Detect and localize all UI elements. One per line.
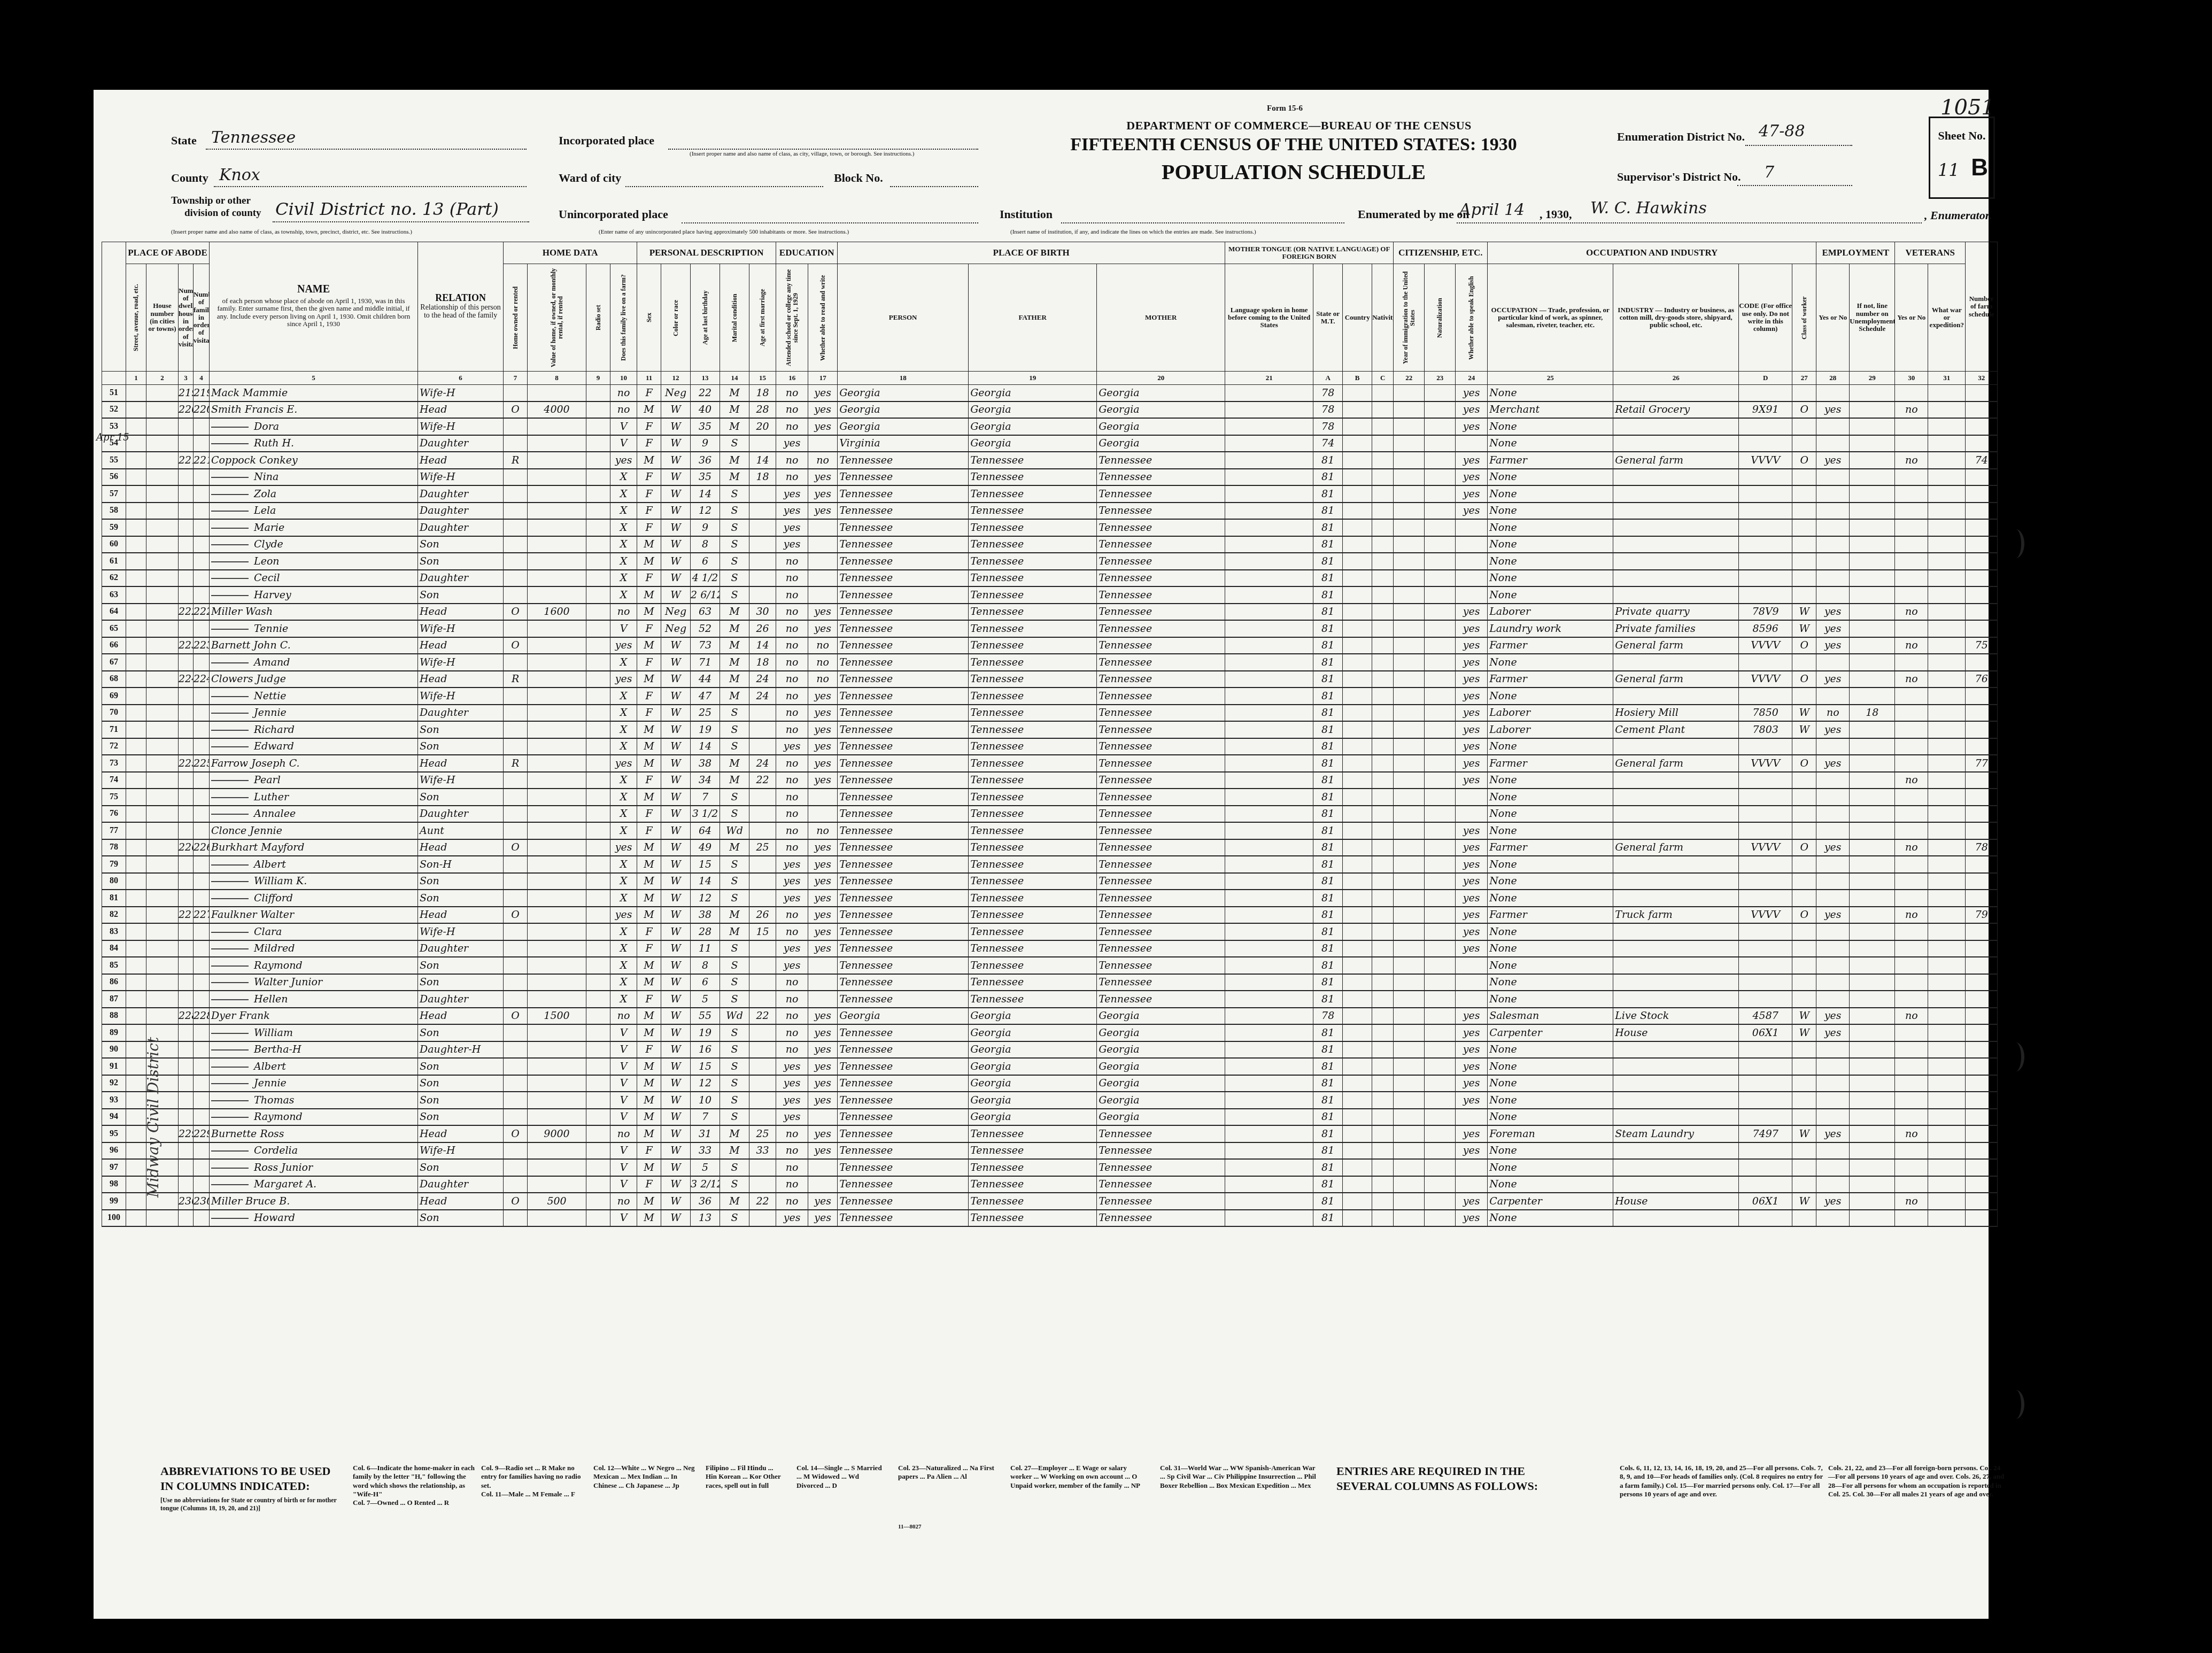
language-cell	[1225, 873, 1313, 890]
age-first-marriage-cell	[749, 856, 776, 873]
school-cell: yes	[776, 940, 808, 957]
birthplace-father-cell: Tennessee	[969, 570, 1097, 587]
veteran-cell	[1895, 385, 1928, 401]
radio-cell	[586, 806, 610, 823]
school-cell: yes	[776, 890, 808, 907]
read-write-cell: yes	[808, 385, 838, 401]
name-cell: Margaret A.	[210, 1176, 418, 1193]
column-number: 8	[528, 372, 586, 385]
sex-cell: F	[637, 1176, 661, 1193]
marital-cell: S	[720, 873, 749, 890]
margin-side-note: Apr 15	[96, 432, 129, 443]
farm-cell: X	[610, 705, 637, 722]
group-citizenship: CITIZENSHIP, ETC.	[1394, 242, 1488, 264]
read-write-cell	[808, 991, 838, 1008]
owned-rented-cell	[504, 822, 528, 839]
table-row: 77Clonce JennieAuntXFW64WdnonoTennesseeT…	[102, 822, 1998, 839]
race-cell: W	[661, 923, 691, 940]
code-state-cell: 81	[1313, 907, 1343, 924]
abbreviations-title: ABBREVIATIONS TO BE USED IN COLUMNS INDI…	[160, 1464, 342, 1493]
col-at-work-head: Yes or No	[1816, 264, 1850, 372]
radio-cell	[586, 604, 610, 621]
relation-cell: Son	[418, 1024, 504, 1041]
war-cell	[1928, 1058, 1966, 1075]
birthplace-person-cell: Tennessee	[838, 620, 969, 637]
code-nativity-cell	[1372, 705, 1394, 722]
table-row: 60ClydeSonXMW8SyesTennesseeTennesseeTenn…	[102, 536, 1998, 553]
occupation-code-cell	[1739, 890, 1792, 907]
birthplace-person-cell: Tennessee	[838, 536, 969, 553]
age-first-marriage-cell	[749, 873, 776, 890]
occupation-cell: None	[1488, 418, 1613, 435]
marital-cell: S	[720, 806, 749, 823]
code-state-cell: 81	[1313, 923, 1343, 940]
code-country-cell	[1343, 1142, 1372, 1160]
name-cell: Smith Francis E.	[210, 401, 418, 419]
name-cell: Marie	[210, 519, 418, 536]
birthplace-mother-cell: Georgia	[1097, 1075, 1225, 1092]
birthplace-person-cell: Tennessee	[838, 452, 969, 469]
war-cell	[1928, 401, 1966, 419]
farm-cell: X	[610, 570, 637, 587]
naturalization-cell	[1425, 789, 1456, 806]
age-first-marriage-cell	[749, 553, 776, 570]
home-value-cell	[528, 890, 586, 907]
at-work-cell	[1816, 890, 1850, 907]
house-number-cell	[146, 688, 179, 705]
family-number-cell	[194, 991, 210, 1008]
language-cell	[1225, 385, 1313, 401]
birthplace-person-cell: Tennessee	[838, 654, 969, 671]
given-name: Ruth H.	[254, 437, 294, 449]
class-worker-cell	[1792, 435, 1816, 452]
naturalization-cell	[1425, 806, 1456, 823]
farm-cell: V	[610, 1024, 637, 1041]
code-nativity-cell	[1372, 1193, 1394, 1210]
birthplace-father-cell: Tennessee	[969, 1193, 1097, 1210]
given-name: Francis E.	[245, 404, 297, 415]
code-state-cell: 81	[1313, 957, 1343, 974]
unemployment-line-cell	[1850, 772, 1895, 789]
family-number-cell: 220	[194, 401, 210, 419]
at-work-cell	[1816, 806, 1850, 823]
age-first-marriage-cell: 28	[749, 401, 776, 419]
code-state-cell: 81	[1313, 1024, 1343, 1041]
naturalization-cell	[1425, 1075, 1456, 1092]
speak-english-cell	[1456, 1109, 1488, 1126]
code-nativity-cell	[1372, 435, 1394, 452]
occupation-cell: None	[1488, 738, 1613, 755]
marital-cell: S	[720, 1024, 749, 1041]
unemployment-line-cell	[1850, 503, 1895, 520]
at-work-cell	[1816, 1058, 1850, 1075]
column-number: 28	[1816, 372, 1850, 385]
name-cell: Raymond	[210, 957, 418, 974]
birthplace-father-cell: Tennessee	[969, 957, 1097, 974]
ditto-dash	[211, 1218, 249, 1219]
radio-cell	[586, 923, 610, 940]
farm-cell: yes	[610, 671, 637, 688]
farm-cell: yes	[610, 839, 637, 856]
code-country-cell	[1343, 856, 1372, 873]
read-write-cell: yes	[808, 688, 838, 705]
class-worker-cell: W	[1792, 705, 1816, 722]
birthplace-person-cell: Tennessee	[838, 856, 969, 873]
birthplace-mother-cell: Tennessee	[1097, 604, 1225, 621]
naturalization-cell	[1425, 1058, 1456, 1075]
veteran-cell: no	[1895, 1193, 1928, 1210]
farm-schedule-cell	[1966, 1159, 1998, 1176]
code-state-cell: 81	[1313, 755, 1343, 772]
age-cell: 55	[691, 1008, 720, 1025]
column-number: B	[1343, 372, 1372, 385]
industry-cell	[1613, 923, 1739, 940]
family-number-cell	[194, 789, 210, 806]
class-worker-cell	[1792, 586, 1816, 604]
family-number-cell: 230	[194, 1193, 210, 1210]
race-cell: W	[661, 469, 691, 486]
farm-cell: no	[610, 401, 637, 419]
house-number-cell	[146, 435, 179, 452]
unemployment-line-cell	[1850, 620, 1895, 637]
birthplace-father-cell: Georgia	[969, 418, 1097, 435]
occupation-code-cell	[1739, 536, 1792, 553]
veteran-cell	[1895, 519, 1928, 536]
ditto-dash	[211, 1100, 249, 1101]
read-write-cell: yes	[808, 1075, 838, 1092]
line-number: 74	[102, 772, 126, 789]
relation-cell: Daughter	[418, 519, 504, 536]
sheet-number-label: Sheet No.	[1930, 129, 1993, 143]
age-first-marriage-cell: 18	[749, 385, 776, 401]
race-cell: W	[661, 907, 691, 924]
occupation-code-cell	[1739, 418, 1792, 435]
veteran-cell: no	[1895, 637, 1928, 654]
code-nativity-cell	[1372, 856, 1394, 873]
unemployment-line-cell	[1850, 637, 1895, 654]
marital-cell: S	[720, 485, 749, 503]
read-write-cell	[808, 553, 838, 570]
given-name: Cecil	[254, 572, 280, 584]
marital-cell: M	[720, 401, 749, 419]
unemployment-line-cell	[1850, 991, 1895, 1008]
population-schedule-table: PLACE OF ABODE NAMEof each person whose …	[102, 242, 1998, 1227]
ditto-dash	[211, 881, 249, 882]
farm-cell: yes	[610, 755, 637, 772]
ward-field	[625, 172, 823, 187]
veteran-cell	[1895, 553, 1928, 570]
table-row: 70JennieDaughterXFW25SnoyesTennesseeTenn…	[102, 705, 1998, 722]
code-nativity-cell	[1372, 1176, 1394, 1193]
sex-cell: M	[637, 957, 661, 974]
language-cell	[1225, 452, 1313, 469]
home-value-cell	[528, 705, 586, 722]
dwelling-number-cell	[179, 1092, 194, 1109]
dwelling-number-cell	[179, 822, 194, 839]
given-name: Joseph C.	[251, 758, 299, 769]
code-state-cell: 81	[1313, 536, 1343, 553]
unemployment-line-cell	[1850, 435, 1895, 452]
code-state-cell: 81	[1313, 654, 1343, 671]
industry-cell	[1613, 873, 1739, 890]
farm-cell: X	[610, 519, 637, 536]
table-row: 89WilliamSonVMW19SnoyesTennesseeGeorgiaG…	[102, 1024, 1998, 1041]
dwelling-number-cell	[179, 469, 194, 486]
war-cell	[1928, 688, 1966, 705]
at-work-cell	[1816, 856, 1850, 873]
race-cell: W	[661, 890, 691, 907]
sex-cell: M	[637, 839, 661, 856]
code-state-cell: 78	[1313, 418, 1343, 435]
unemployment-line-cell	[1850, 1176, 1895, 1193]
line-number: 98	[102, 1176, 126, 1193]
code-country-cell	[1343, 789, 1372, 806]
naturalization-cell	[1425, 721, 1456, 738]
code-country-cell	[1343, 620, 1372, 637]
institution-note: (Insert name of institution, if any, and…	[1010, 229, 1256, 235]
immigration-cell	[1394, 435, 1425, 452]
school-cell: no	[776, 671, 808, 688]
radio-cell	[586, 721, 610, 738]
table-row: 76AnnaleeDaughterXFW3 1/2SnoTennesseeTen…	[102, 806, 1998, 823]
occupation-code-cell	[1739, 772, 1792, 789]
read-write-cell: yes	[808, 485, 838, 503]
speak-english-cell: yes	[1456, 452, 1488, 469]
radio-cell	[586, 503, 610, 520]
veteran-cell	[1895, 856, 1928, 873]
street-cell	[126, 1193, 146, 1210]
class-worker-cell	[1792, 519, 1816, 536]
col-age-head: Age at last birthday	[691, 264, 720, 372]
surname: Burnette	[211, 1128, 257, 1140]
age-first-marriage-cell	[749, 738, 776, 755]
col-naturalization-head: Naturalization	[1425, 264, 1456, 372]
race-cell: W	[661, 519, 691, 536]
table-row: 82227227Faulkner WalterHeadOyesMW38M26no…	[102, 907, 1998, 924]
occupation-code-cell: VVVV	[1739, 755, 1792, 772]
farm-schedule-cell: 77	[1966, 755, 1998, 772]
code-nativity-cell	[1372, 974, 1394, 991]
marital-cell: M	[720, 637, 749, 654]
language-cell	[1225, 1041, 1313, 1059]
code-country-cell	[1343, 721, 1372, 738]
war-cell	[1928, 705, 1966, 722]
veteran-cell	[1895, 957, 1928, 974]
line-number: 95	[102, 1125, 126, 1142]
family-number-cell: 222	[194, 604, 210, 621]
farm-cell: X	[610, 991, 637, 1008]
age-cell: 11	[691, 940, 720, 957]
given-name: William	[254, 1027, 293, 1039]
industry-cell: Cement Plant	[1613, 721, 1739, 738]
birthplace-mother-cell: Tennessee	[1097, 738, 1225, 755]
school-cell: no	[776, 907, 808, 924]
given-name: Harvey	[254, 589, 291, 601]
occupation-cell: None	[1488, 586, 1613, 604]
farm-schedule-cell	[1966, 789, 1998, 806]
col-birth-person-head: PERSON	[838, 264, 969, 372]
home-value-cell	[528, 1041, 586, 1059]
given-name: Clara	[254, 926, 282, 938]
at-work-cell: yes	[1816, 755, 1850, 772]
birthplace-father-cell: Tennessee	[969, 755, 1097, 772]
read-write-cell: yes	[808, 418, 838, 435]
given-name: Zola	[254, 488, 276, 500]
class-worker-cell: O	[1792, 755, 1816, 772]
unincorporated-note: (Enter name of any unincorporated place …	[599, 229, 849, 235]
at-work-cell	[1816, 418, 1850, 435]
surname: Miller	[211, 606, 242, 617]
race-cell: Neg	[661, 604, 691, 621]
farm-cell: X	[610, 553, 637, 570]
veteran-cell	[1895, 705, 1928, 722]
given-name: Raymond	[254, 1111, 303, 1123]
birthplace-mother-cell: Tennessee	[1097, 772, 1225, 789]
farm-cell: V	[610, 620, 637, 637]
sex-cell: F	[637, 705, 661, 722]
speak-english-cell: yes	[1456, 721, 1488, 738]
school-cell: no	[776, 604, 808, 621]
immigration-cell	[1394, 485, 1425, 503]
dwelling-number-cell: 230	[179, 1193, 194, 1210]
entries-title-text: ENTRIES ARE REQUIRED IN THE SEVERAL COLU…	[1336, 1464, 1538, 1493]
home-value-cell	[528, 721, 586, 738]
war-cell	[1928, 671, 1966, 688]
birthplace-mother-cell: Tennessee	[1097, 957, 1225, 974]
class-worker-cell	[1792, 1109, 1816, 1126]
birthplace-father-cell: Tennessee	[969, 604, 1097, 621]
immigration-cell	[1394, 385, 1425, 401]
birthplace-person-cell: Georgia	[838, 1008, 969, 1025]
occupation-code-cell	[1739, 1075, 1792, 1092]
naturalization-cell	[1425, 604, 1456, 621]
naturalization-cell	[1425, 435, 1456, 452]
relation-cell: Son	[418, 721, 504, 738]
veteran-cell	[1895, 1176, 1928, 1193]
code-state-cell: 74	[1313, 435, 1343, 452]
owned-rented-cell: O	[504, 1193, 528, 1210]
immigration-cell	[1394, 1092, 1425, 1109]
birthplace-mother-cell: Tennessee	[1097, 721, 1225, 738]
dwelling-number-cell: 219	[179, 385, 194, 401]
code-state-cell: 81	[1313, 1193, 1343, 1210]
unemployment-line-cell	[1850, 1210, 1895, 1227]
school-cell: yes	[776, 1092, 808, 1109]
home-value-cell	[528, 1176, 586, 1193]
immigration-cell	[1394, 721, 1425, 738]
class-worker-cell	[1792, 385, 1816, 401]
supervisor-district-value: 7	[1764, 163, 1774, 182]
farm-cell: V	[610, 1142, 637, 1160]
radio-cell	[586, 940, 610, 957]
veteran-cell: no	[1895, 1125, 1928, 1142]
farm-schedule-cell: 79	[1966, 907, 1998, 924]
code-country-cell	[1343, 1210, 1372, 1227]
naturalization-cell	[1425, 469, 1456, 486]
table-row: 71RichardSonXMW19SnoyesTennesseeTennesse…	[102, 721, 1998, 738]
street-cell	[126, 991, 146, 1008]
speak-english-cell: yes	[1456, 503, 1488, 520]
line-number: 86	[102, 974, 126, 991]
occupation-cell: None	[1488, 1142, 1613, 1160]
farm-cell: X	[610, 654, 637, 671]
ditto-dash	[211, 427, 249, 428]
relation-cell: Wife-H	[418, 418, 504, 435]
at-work-cell: yes	[1816, 721, 1850, 738]
owned-rented-cell	[504, 435, 528, 452]
farm-schedule-cell	[1966, 688, 1998, 705]
marital-cell: S	[720, 503, 749, 520]
at-work-cell	[1816, 1210, 1850, 1227]
occupation-code-cell	[1739, 1092, 1792, 1109]
unemployment-line-cell: 18	[1850, 705, 1895, 722]
age-cell: 64	[691, 822, 720, 839]
family-number-cell	[194, 536, 210, 553]
group-veterans: VETERANS	[1895, 242, 1966, 264]
marital-cell: S	[720, 940, 749, 957]
race-cell: Neg	[661, 620, 691, 637]
occupation-cell: None	[1488, 503, 1613, 520]
marital-cell: S	[720, 890, 749, 907]
immigration-cell	[1394, 671, 1425, 688]
birthplace-father-cell: Tennessee	[969, 1142, 1097, 1160]
at-work-cell	[1816, 1109, 1850, 1126]
code-state-cell: 81	[1313, 586, 1343, 604]
owned-rented-cell: R	[504, 671, 528, 688]
sheet-side: B	[1971, 155, 1988, 181]
speak-english-cell: yes	[1456, 1125, 1488, 1142]
occupation-code-cell	[1739, 553, 1792, 570]
class-worker-cell: W	[1792, 1125, 1816, 1142]
occupation-code-cell	[1739, 654, 1792, 671]
occupation-cell: None	[1488, 1075, 1613, 1092]
birthplace-mother-cell: Tennessee	[1097, 485, 1225, 503]
industry-cell	[1613, 485, 1739, 503]
naturalization-cell	[1425, 1008, 1456, 1025]
marital-cell: M	[720, 604, 749, 621]
home-value-cell	[528, 907, 586, 924]
line-number: 79	[102, 856, 126, 873]
occupation-cell: None	[1488, 435, 1613, 452]
occupation-cell: None	[1488, 385, 1613, 401]
war-cell	[1928, 991, 1966, 1008]
occupation-code-cell: 06X1	[1739, 1024, 1792, 1041]
ditto-dash	[211, 1067, 249, 1068]
birthplace-person-cell: Virginia	[838, 435, 969, 452]
immigration-cell	[1394, 957, 1425, 974]
column-number: 24	[1456, 372, 1488, 385]
birthplace-person-cell: Tennessee	[838, 688, 969, 705]
farm-schedule-cell	[1966, 721, 1998, 738]
dwelling-number-cell	[179, 940, 194, 957]
industry-cell: General farm	[1613, 637, 1739, 654]
language-cell	[1225, 772, 1313, 789]
column-number: 30	[1895, 372, 1928, 385]
line-number: 62	[102, 570, 126, 587]
read-write-cell: yes	[808, 907, 838, 924]
enumerator-suffix: , Enumerator.	[1924, 208, 1992, 222]
institution-field	[1061, 208, 1344, 223]
race-cell: W	[661, 671, 691, 688]
county-value: Knox	[219, 166, 260, 184]
relation-cell: Son	[418, 873, 504, 890]
farm-schedule-cell: 78	[1966, 839, 1998, 856]
school-cell: no	[776, 1008, 808, 1025]
at-work-cell	[1816, 1041, 1850, 1059]
read-write-cell	[808, 536, 838, 553]
read-write-cell	[808, 1109, 838, 1126]
name-cell: Coppock Conkey	[210, 452, 418, 469]
